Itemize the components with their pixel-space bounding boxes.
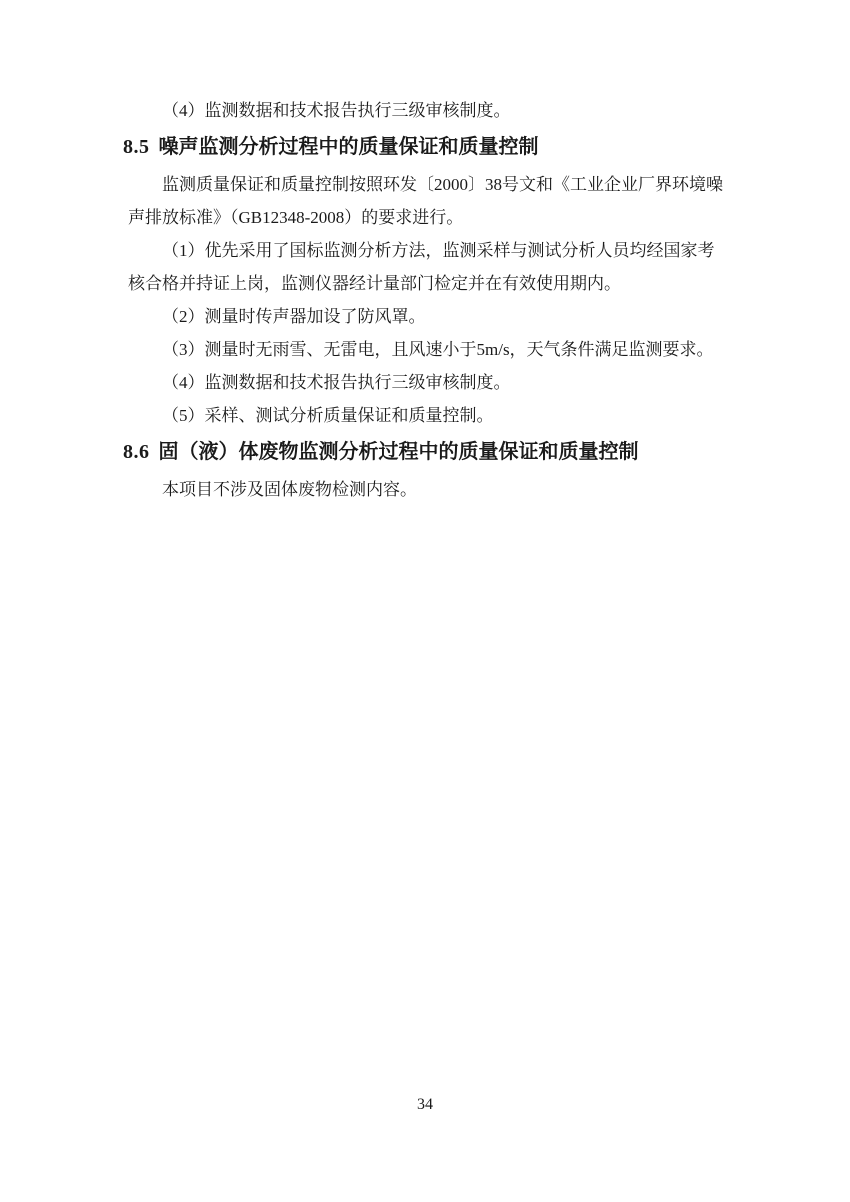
paragraph-item-4-water: （4）监测数据和技术报告执行三级审核制度。	[128, 94, 753, 127]
document-content: （4）监测数据和技术报告执行三级审核制度。 8.5噪声监测分析过程中的质量保证和…	[128, 94, 753, 506]
document-page: （4）监测数据和技术报告执行三级审核制度。 8.5噪声监测分析过程中的质量保证和…	[0, 0, 850, 1202]
paragraph-solid-waste: 本项目不涉及固体废物检测内容。	[128, 473, 753, 506]
paragraph-item-1: （1）优先采用了国标监测分析方法，监测采样与测试分析人员均经国家考 核合格并持证…	[128, 234, 753, 300]
paragraph-item-2: （2）测量时传声器加设了防风罩。	[128, 300, 753, 333]
section-heading-8-5: 8.5噪声监测分析过程中的质量保证和质量控制	[123, 127, 753, 168]
heading-number: 8.6	[123, 432, 150, 473]
section-heading-8-6: 8.6固（液）体废物监测分析过程中的质量保证和质量控制	[123, 432, 753, 473]
paragraph-item-3: （3）测量时无雨雪、无雷电，且风速小于5m/s，天气条件满足监测要求。	[128, 333, 753, 366]
paragraph-noise-standard: 监测质量保证和质量控制按照环发〔2000〕38号文和《工业企业厂界环境噪 声排放…	[128, 168, 753, 234]
paragraph-item-4: （4）监测数据和技术报告执行三级审核制度。	[128, 366, 753, 399]
page-number: 34	[0, 1095, 850, 1115]
heading-number: 8.5	[123, 127, 150, 168]
paragraph-item-5: （5）采样、测试分析质量保证和质量控制。	[128, 399, 753, 432]
heading-title: 噪声监测分析过程中的质量保证和质量控制	[159, 136, 539, 158]
heading-title: 固（液）体废物监测分析过程中的质量保证和质量控制	[159, 441, 639, 463]
